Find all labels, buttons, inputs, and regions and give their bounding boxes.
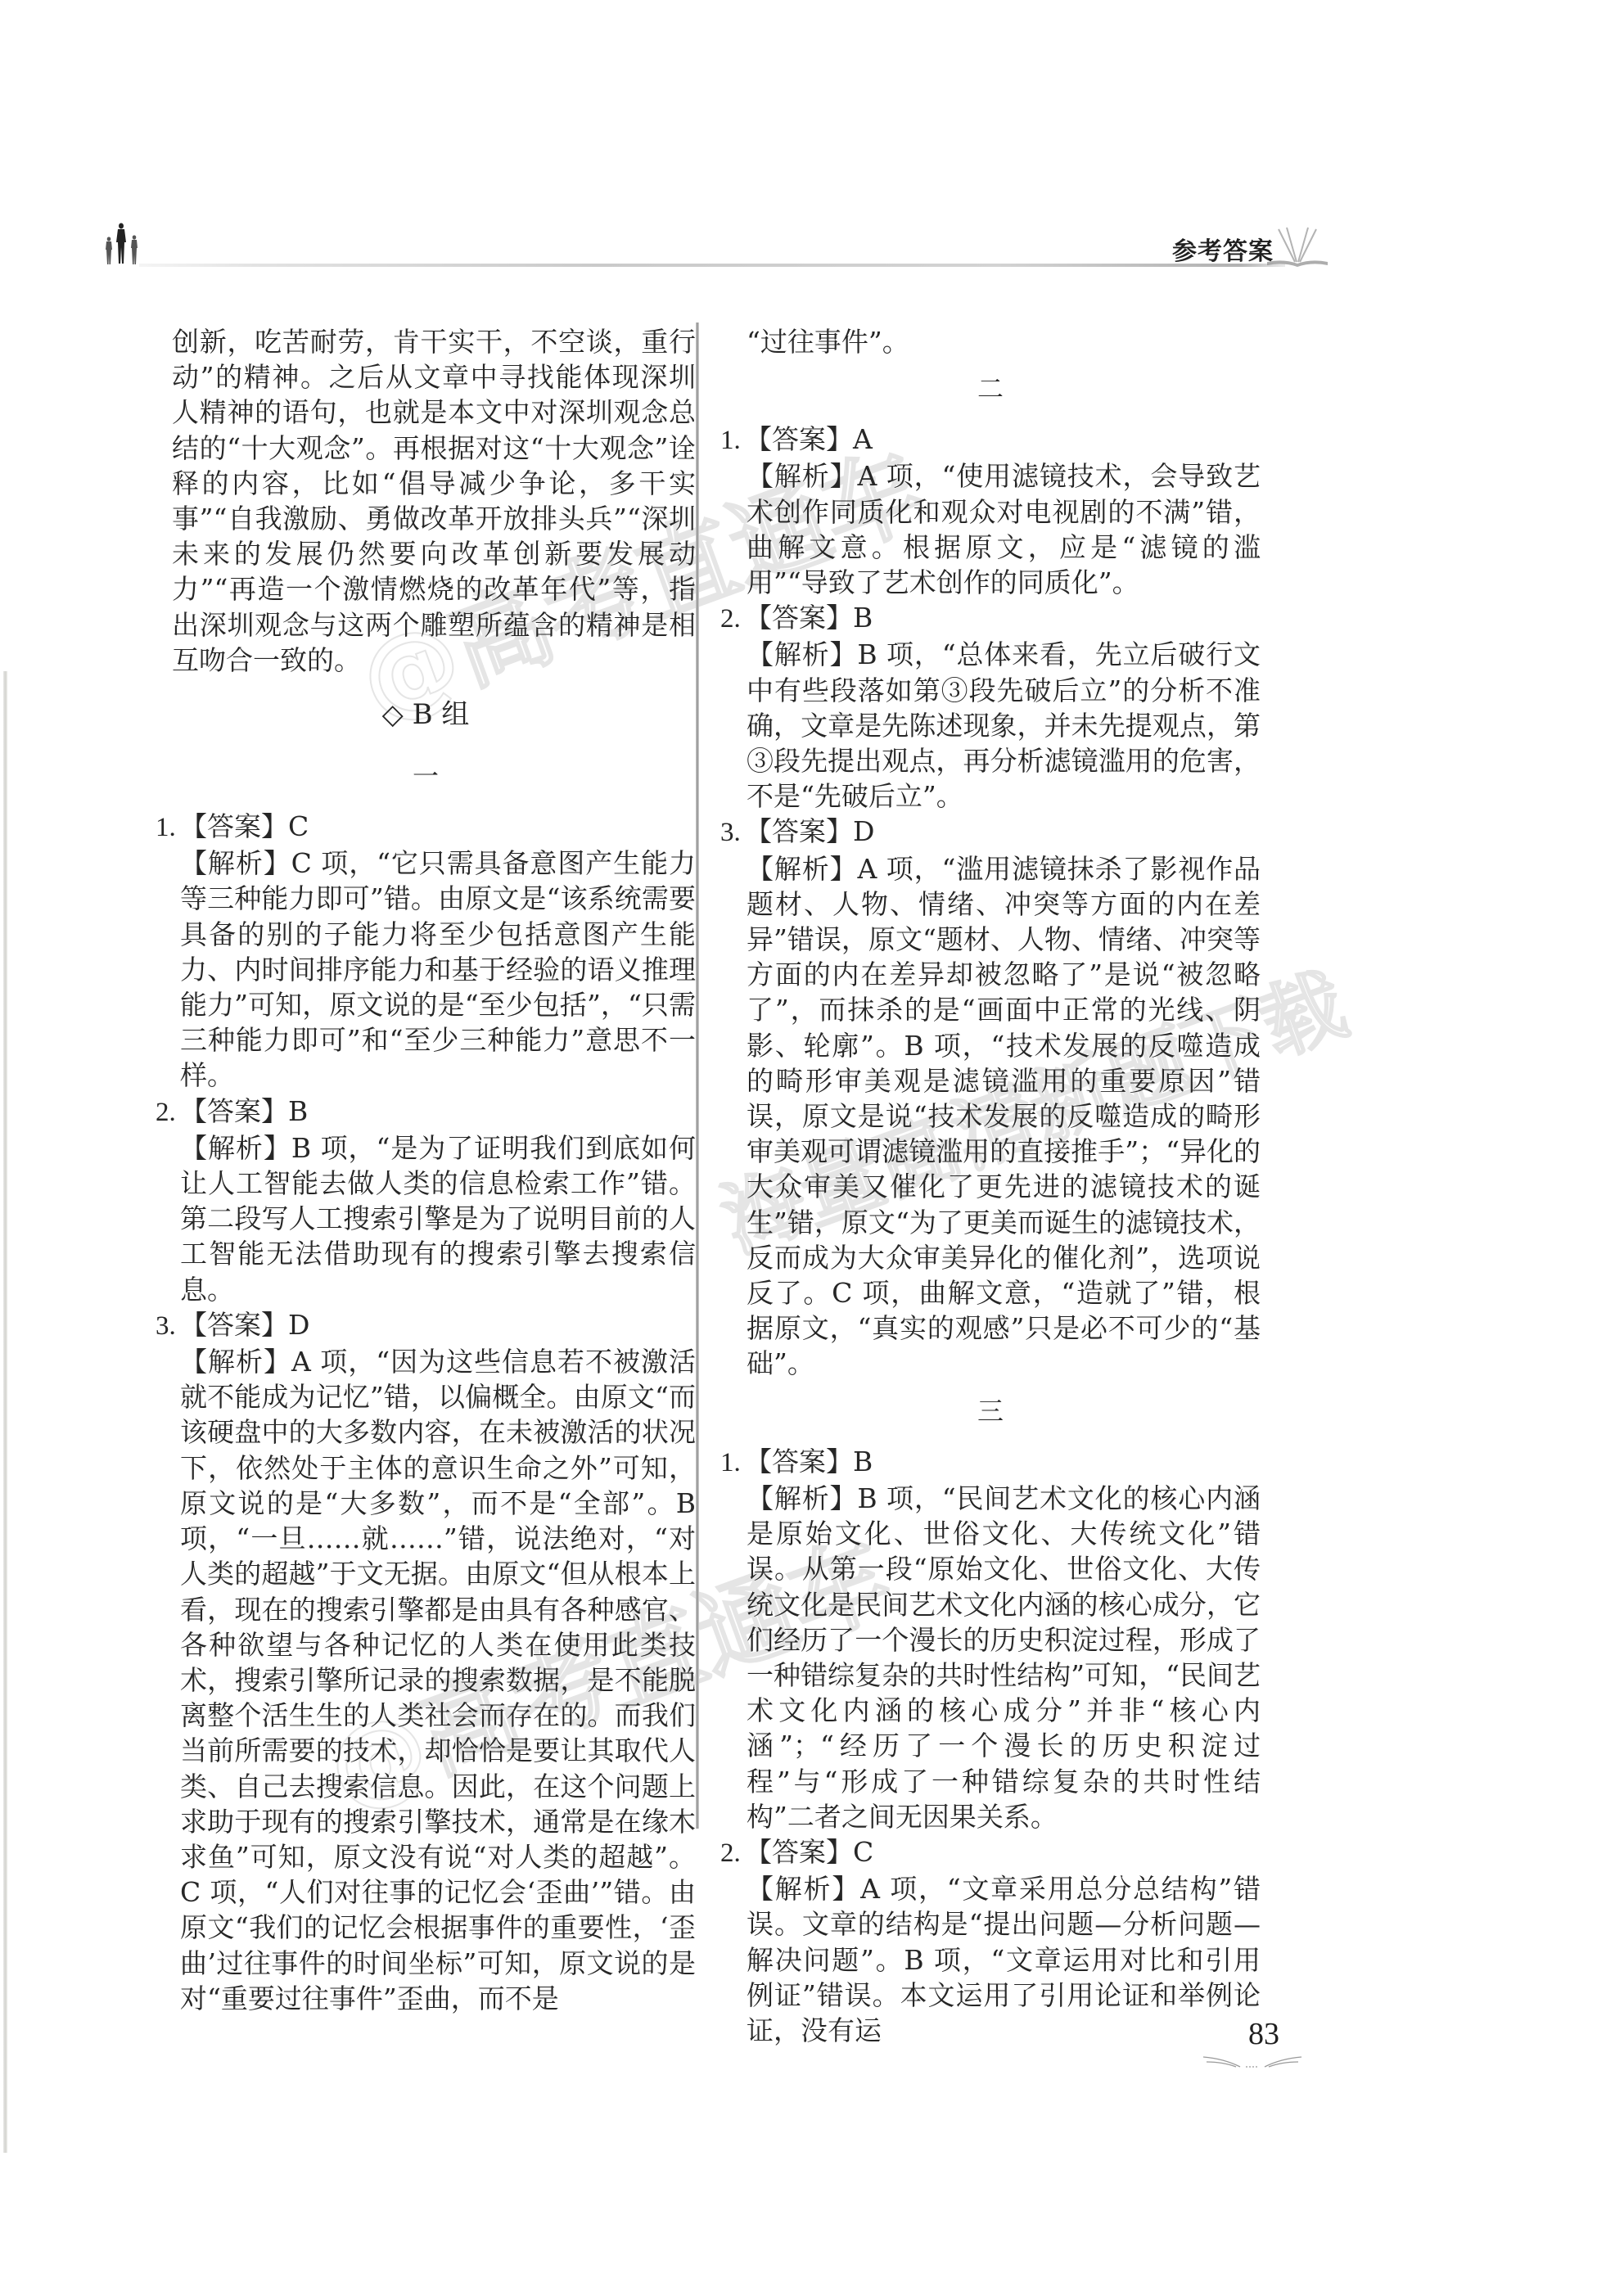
question-number: 2. (720, 602, 745, 637)
section-heading: 一 (156, 750, 696, 802)
header-title: 参考答案 (1172, 231, 1274, 267)
question-number: 1. (720, 1446, 745, 1481)
question-number: 3. (156, 1309, 180, 1344)
page-number: 83 (1248, 2016, 1279, 2052)
column-divider (696, 323, 699, 1829)
group-title: ◇ B 组 (156, 691, 696, 738)
analysis-text: 【解析】B 项，“民间艺术文化的核心内涵是原始文化、世俗文化、大传统文化”错误。… (720, 1481, 1261, 1834)
answer-label: 【答案】A (745, 423, 873, 455)
analysis-text: 【解析】A 项，“因为这些信息若不被激活就不能成为记忆”错，以偏概全。由原文“而… (156, 1344, 696, 2016)
answer-label: 【答案】C (180, 810, 309, 842)
section-heading: 二 (720, 363, 1261, 415)
answer-label: 【答案】D (180, 1309, 309, 1341)
section-heading: 三 (720, 1385, 1261, 1437)
left-column: 创新，吃苦耐劳，肯干实干，不空谈，重行动”的精神。之后从文章中寻找能体现深圳人精… (156, 324, 696, 2016)
question-item: 2.【答案】B 【解析】B 项，“是为了证明我们到底如何让人工智能去做人类的信息… (156, 1094, 696, 1307)
question-item: 2.【答案】B 【解析】B 项，“总体来看，先立后破行文中有些段落如第③段先破后… (720, 600, 1261, 814)
continuation-text: 创新，吃苦耐劳，肯干实干，不空谈，重行动”的精神。之后从文章中寻找能体现深圳人精… (156, 324, 696, 678)
page-header: 参考答案 (98, 221, 1310, 278)
header-rule (139, 264, 1285, 267)
question-number: 2. (720, 1836, 745, 1871)
question-number: 3. (720, 815, 745, 850)
analysis-text: 【解析】A 项，“使用滤镜技术，会导致艺术创作同质化和观众对电视剧的不满”错，曲… (720, 458, 1261, 600)
analysis-text: 【解析】B 项，“是为了证明我们到底如何让人工智能去做人类的信息检索工作”错。第… (156, 1130, 696, 1307)
page-footer: 83 (1179, 2010, 1342, 2075)
scan-edge-shadow (3, 671, 7, 2153)
runners-icon (98, 221, 147, 267)
analysis-text: 【解析】A 项，“滥用滤镜抹杀了影视作品题材、人物、情绪、冲突等方面的内在差异”… (720, 851, 1261, 1382)
right-column: “过往事件”。 二 1.【答案】A 【解析】A 项，“使用滤镜技术，会导致艺术创… (720, 324, 1261, 2048)
open-book-icon (1267, 221, 1328, 270)
question-item: 1.【答案】B 【解析】B 项，“民间艺术文化的核心内涵是原始文化、世俗文化、大… (720, 1444, 1261, 1834)
analysis-text: 【解析】B 项，“总体来看，先立后破行文中有些段落如第③段先破后立”的分析不准确… (720, 637, 1261, 814)
answer-label: 【答案】B (180, 1095, 308, 1127)
question-item: 1.【答案】A 【解析】A 项，“使用滤镜技术，会导致艺术创作同质化和观众对电视… (720, 422, 1261, 600)
flourish-ornament-icon (1195, 2052, 1310, 2072)
continuation-text: “过往事件”。 (720, 324, 1261, 359)
answer-label: 【答案】B (745, 1446, 873, 1477)
answer-label: 【答案】B (745, 602, 873, 634)
analysis-text: 【解析】C 项，“它只需具备意图产生能力等三种能力即可”错。由原文是“该系统需要… (156, 846, 696, 1093)
question-number: 1. (156, 810, 180, 846)
question-item: 3.【答案】D 【解析】A 项，“因为这些信息若不被激活就不能成为记忆”错，以偏… (156, 1307, 696, 2016)
question-item: 1.【答案】C 【解析】C 项，“它只需具备意图产生能力等三种能力即可”错。由原… (156, 809, 696, 1094)
answer-label: 【答案】C (745, 1836, 873, 1868)
question-item: 3.【答案】D 【解析】A 项，“滥用滤镜抹杀了影视作品题材、人物、情绪、冲突等… (720, 814, 1261, 1381)
answer-label: 【答案】D (745, 815, 874, 847)
question-number: 1. (720, 423, 745, 458)
question-number: 2. (156, 1095, 180, 1130)
